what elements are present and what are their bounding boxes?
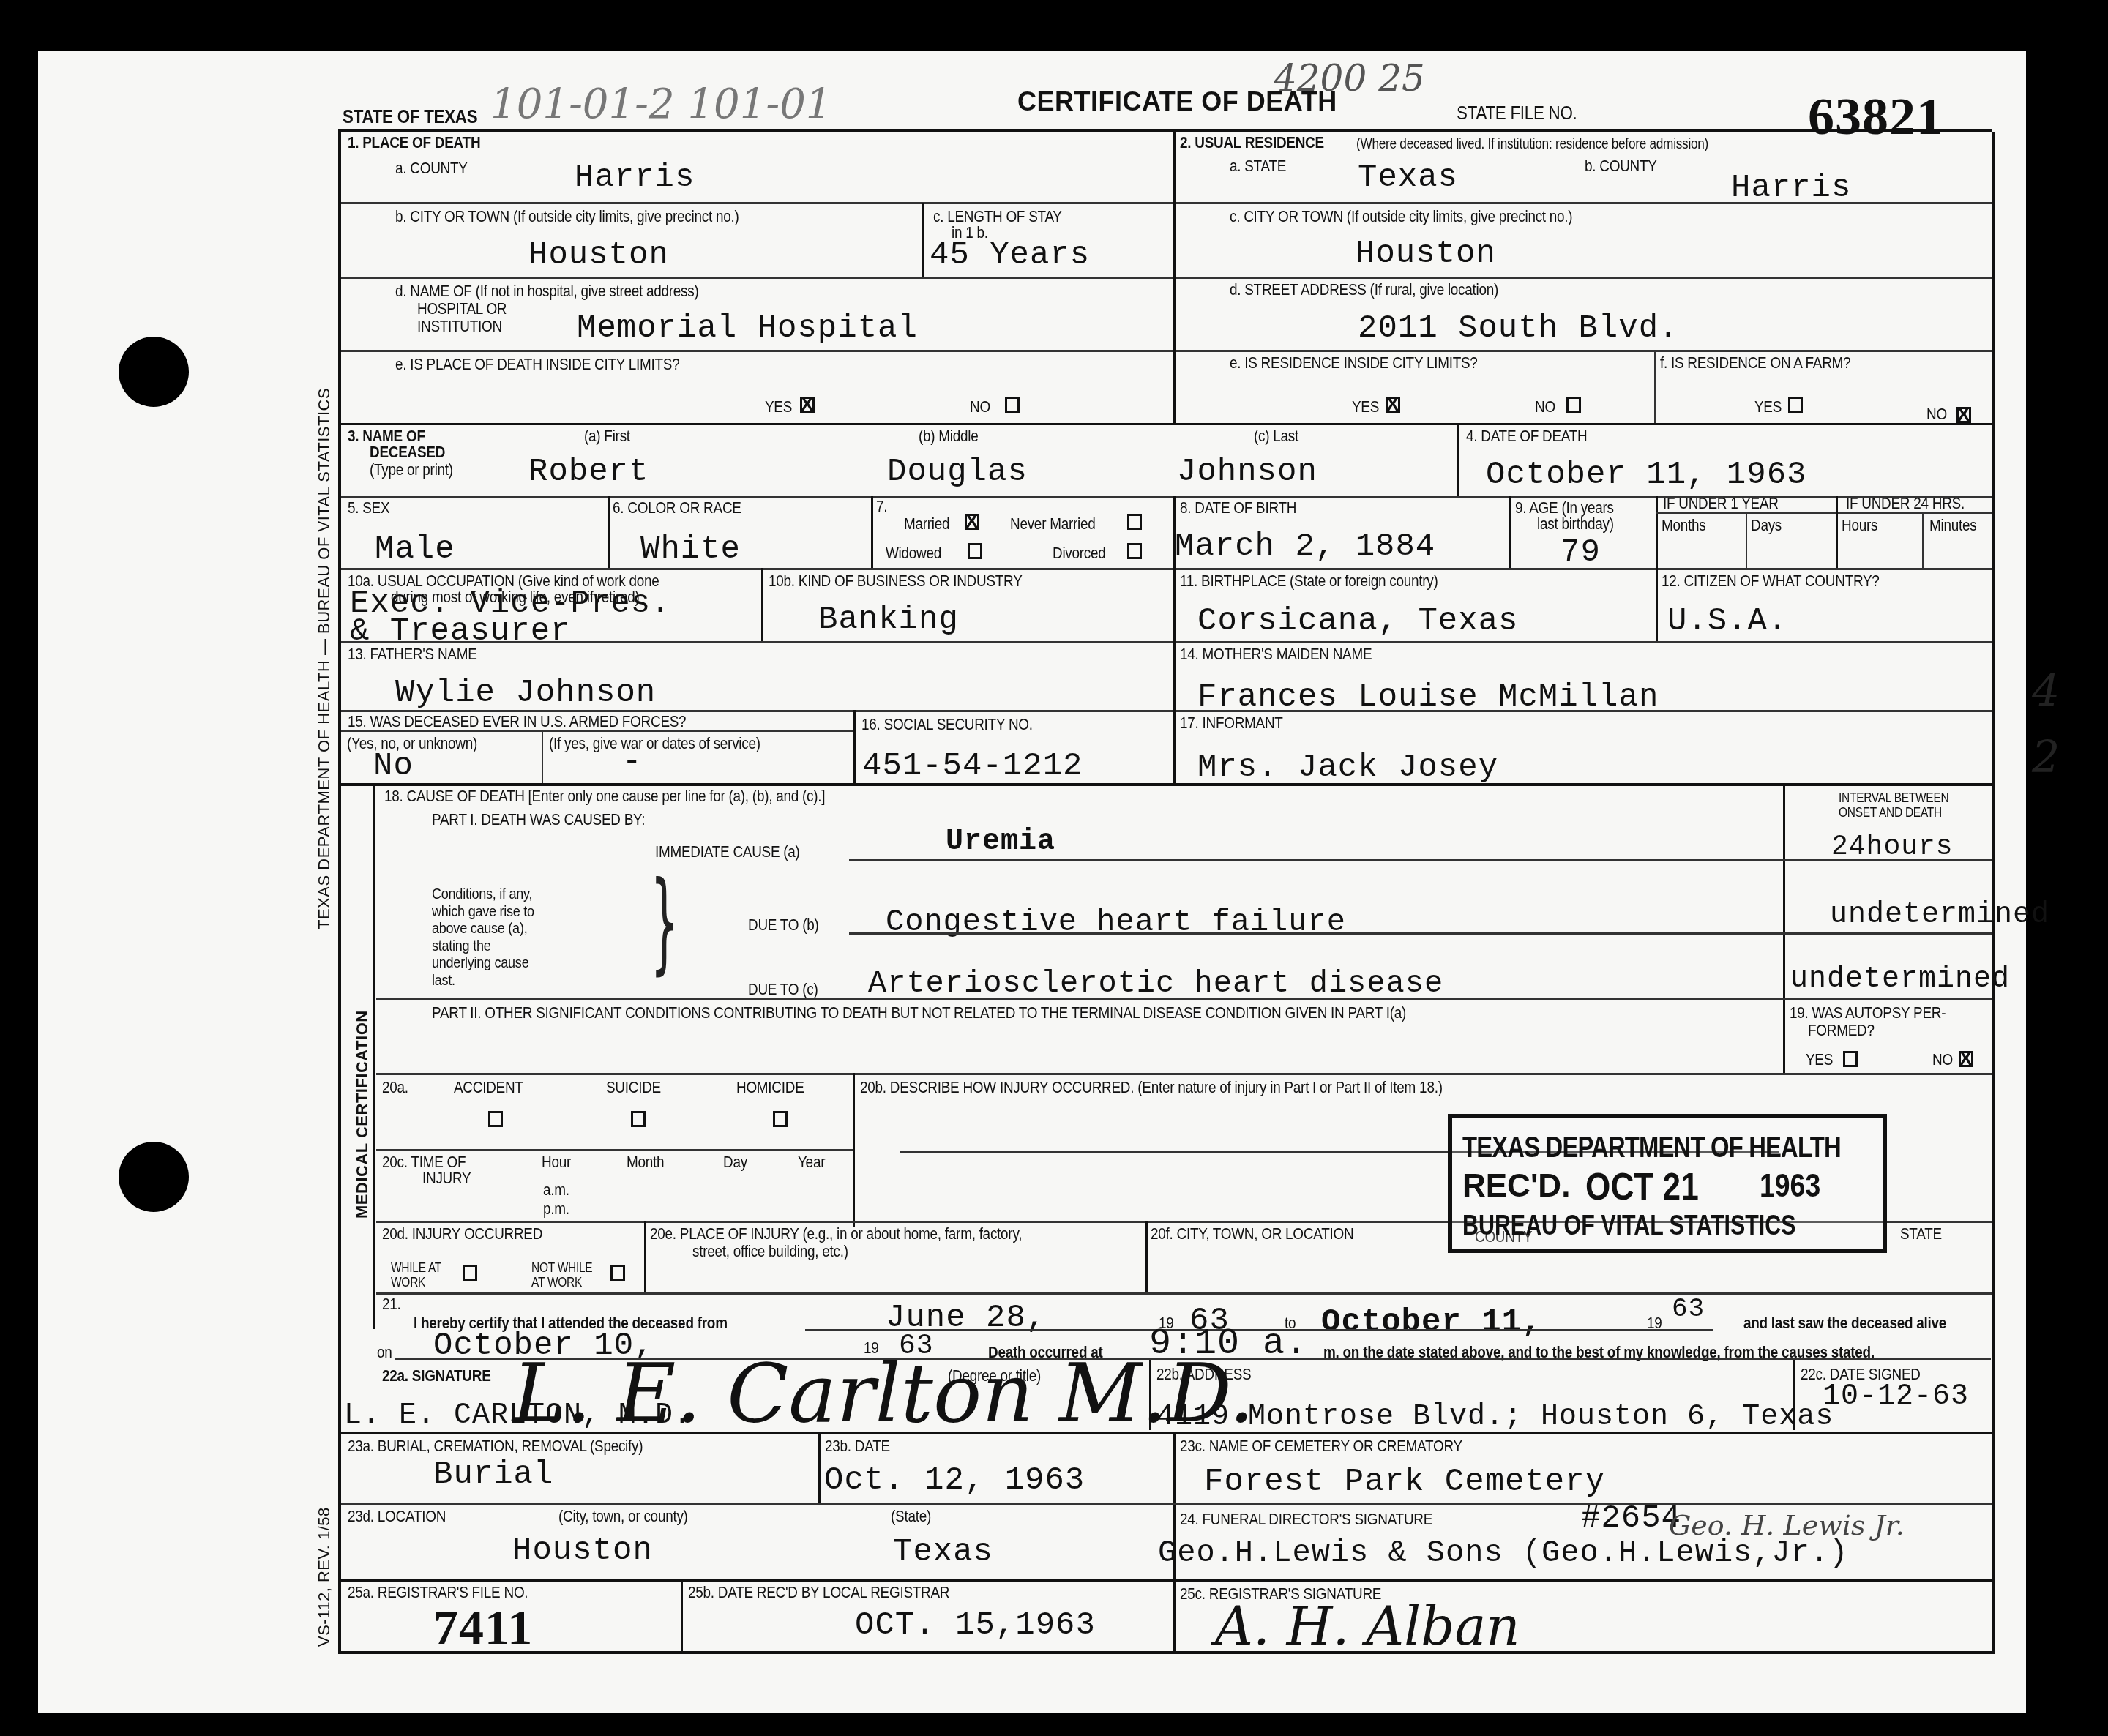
armed-forces-label: 15. WAS DECEASED EVER IN U.S. ARMED FORC…: [348, 713, 686, 731]
funeral-license-number: #2654: [1581, 1500, 1681, 1537]
yes-label: YES: [1754, 398, 1782, 416]
cause-a-line: [849, 859, 1992, 861]
no-label: NO: [970, 398, 990, 416]
row-divider: [341, 350, 1173, 352]
suicide-checkbox[interactable]: [631, 1111, 646, 1127]
date-of-death: October 11, 1963: [1486, 457, 1806, 493]
row-divider: [1176, 277, 1992, 279]
medical-inner-border: [373, 786, 375, 1329]
cause-c-line: [376, 998, 1992, 1000]
hospital-label-2: HOSPITAL OR: [417, 300, 507, 318]
marital-label: 7.: [876, 498, 887, 516]
row-divider: [376, 1292, 1992, 1295]
injury-occurred-label: 20d. INJURY OCCURRED: [382, 1225, 542, 1243]
conditions-note: Conditions, if any, which gave rise to a…: [432, 886, 545, 989]
no-label: NO: [1932, 1051, 1953, 1069]
farm-yes-checkbox[interactable]: [1788, 397, 1803, 413]
state-file-number: 63821: [1808, 86, 1943, 147]
residence-inside-limits-yes-checkbox[interactable]: [1386, 397, 1400, 413]
registrar-file-number: 7411: [433, 1598, 533, 1656]
cause-section-label: 18. CAUSE OF DEATH [Enter only one cause…: [384, 787, 825, 806]
divider: [853, 710, 856, 783]
residence-state-label: a. STATE: [1230, 157, 1286, 176]
minutes-label: Minutes: [1929, 517, 1976, 535]
am-label: a.m.: [543, 1181, 569, 1200]
burial-city: Houston: [512, 1533, 653, 1569]
sex: Male: [375, 531, 455, 568]
date-signed: 10-12-63: [1823, 1380, 1969, 1413]
date-of-death-label: 4. DATE OF DEATH: [1466, 427, 1587, 446]
divider: [818, 1433, 821, 1503]
business-label: 10b. KIND OF BUSINESS OR INDUSTRY: [769, 572, 1022, 591]
row-divider: [376, 1149, 853, 1151]
divider: [542, 730, 543, 783]
due-to-c: Arteriosclerotic heart disease: [868, 966, 1443, 1001]
cemetery-label: 23c. NAME OF CEMETERY OR CREMATORY: [1180, 1437, 1462, 1456]
scan-background: STATE OF TEXAS 101-01-2 101-01 CERTIFICA…: [0, 0, 2108, 1736]
residence-city: Houston: [1356, 236, 1496, 272]
date-received-label: 25b. DATE REC'D BY LOCAL REGISTRAR: [688, 1584, 949, 1602]
middle-name: Douglas: [887, 454, 1028, 490]
usual-residence-label: 2. USUAL RESIDENCE: [1180, 134, 1324, 152]
business: Banking: [818, 602, 959, 638]
while-at-work-label: WHILE AT WORK: [391, 1260, 441, 1290]
row-divider: [341, 202, 1173, 204]
row-divider: [341, 1432, 1992, 1434]
year-label: Year: [798, 1153, 825, 1172]
farm-no-checkbox[interactable]: [1956, 407, 1971, 423]
department-side-label: TEXAS DEPARTMENT OF HEALTH — BUREAU OF V…: [315, 388, 334, 929]
month-label: Month: [627, 1153, 664, 1172]
homicide-label: HOMICIDE: [736, 1079, 804, 1097]
last-name: Johnson: [1177, 454, 1317, 490]
funeral-director-label: 24. FUNERAL DIRECTOR'S SIGNATURE: [1180, 1511, 1432, 1529]
hour-label: Hour: [542, 1153, 571, 1172]
race-label: 6. COLOR OR RACE: [613, 499, 741, 517]
divider: [1145, 1221, 1148, 1294]
residence-city-label: c. CITY OR TOWN (If outside city limits,…: [1230, 208, 1572, 226]
divider: [1746, 512, 1747, 569]
row-divider: [341, 783, 1992, 786]
residence-inside-limits-no-checkbox[interactable]: [1566, 397, 1581, 413]
place-of-injury-label-2: street, office building, etc.): [692, 1243, 848, 1261]
on-label: on: [377, 1344, 392, 1362]
state-sub-label: (State): [891, 1508, 931, 1526]
divorced-checkbox[interactable]: [1127, 543, 1142, 559]
divider: [1922, 512, 1924, 569]
handwritten-top: 4200 25: [1274, 57, 1425, 100]
day-label: Day: [723, 1153, 747, 1172]
ssn-label: 16. SOCIAL SECURITY NO.: [861, 716, 1033, 734]
row-divider: [1656, 512, 1992, 514]
hospital-name: Memorial Hospital: [577, 310, 918, 347]
under-day-label: IF UNDER 24 HRS.: [1846, 495, 1965, 513]
father-name: Wylie Johnson: [395, 675, 656, 711]
farm-label: f. IS RESIDENCE ON A FARM?: [1660, 354, 1850, 373]
due-to-b-label: DUE TO (b): [748, 916, 819, 935]
autopsy-label-2: FORMED?: [1808, 1022, 1875, 1040]
no-label: NO: [1926, 405, 1947, 424]
months-label: Months: [1662, 517, 1706, 535]
punch-hole-bottom: [119, 1142, 189, 1212]
funeral-director: Geo.H.Lewis & Sons (Geo.H.Lewis,Jr.): [1158, 1535, 1848, 1571]
divider: [1509, 496, 1511, 569]
divider: [871, 496, 873, 569]
first-name: Robert: [528, 454, 649, 490]
state-file-label: STATE FILE NO.: [1457, 102, 1577, 124]
row-divider: [341, 1579, 1992, 1582]
death-inside-limits-yes-checkbox[interactable]: [800, 397, 815, 413]
punch-hole-top: [119, 337, 189, 407]
burial-state: Texas: [893, 1534, 993, 1571]
married-checkbox[interactable]: [965, 514, 979, 530]
frame-bottom: [338, 1651, 1995, 1654]
hospital-label-3: INSTITUTION: [417, 318, 502, 336]
pm-label: p.m.: [543, 1200, 569, 1219]
residence-county-label: b. COUNTY: [1585, 157, 1657, 176]
divider: [1656, 496, 1658, 569]
not-while-at-work-label: NOT WHILE AT WORK: [531, 1260, 594, 1290]
homicide-checkbox[interactable]: [773, 1111, 788, 1127]
cemetery-name: Forest Park Cemetery: [1204, 1464, 1605, 1500]
mother-label: 14. MOTHER'S MAIDEN NAME: [1180, 646, 1372, 664]
row-divider: [1176, 202, 1992, 204]
row-divider: [341, 641, 1992, 643]
label-20a: 20a.: [382, 1079, 408, 1097]
frame-left: [338, 129, 341, 1653]
citizen: U.S.A.: [1667, 603, 1787, 640]
widowed-label: Widowed: [886, 545, 941, 563]
accident-checkbox[interactable]: [488, 1111, 503, 1127]
location-sub-label: (City, town, or county): [558, 1508, 688, 1526]
stamp-line-3: BUREAU OF VITAL STATISTICS: [1462, 1211, 1795, 1242]
county-label: a. COUNTY: [395, 160, 468, 178]
physician-typed-name: L. E. CARLTON, M.D.: [344, 1399, 692, 1432]
burial-date: Oct. 12, 1963: [824, 1462, 1085, 1499]
divider: [1149, 1360, 1151, 1430]
divider: [761, 568, 763, 641]
row-divider: [341, 423, 1992, 425]
interval-label: INTERVAL BETWEEN: [1839, 790, 1948, 805]
divider: [922, 203, 924, 277]
attended-to-year: 63: [1672, 1294, 1705, 1324]
yes-label: YES: [1352, 398, 1379, 416]
row-divider: [341, 730, 853, 732]
no-label: NO: [1535, 398, 1555, 416]
under-year-label: IF UNDER 1 YEAR: [1663, 495, 1779, 513]
first-name-label: (a) First: [584, 427, 630, 446]
date-received: OCT. 15,1963: [855, 1607, 1096, 1644]
divider: [608, 496, 610, 569]
divider: [1173, 710, 1176, 783]
certify-text-2: and last saw the deceased alive: [1743, 1314, 1946, 1333]
informant-label: 17. INFORMANT: [1180, 714, 1283, 733]
divider: [1783, 1000, 1785, 1073]
divider: [1173, 641, 1176, 710]
time-of-injury-label-2: INJURY: [422, 1170, 471, 1188]
disposition: Burial: [433, 1456, 553, 1493]
registrar-signature: A. H. Alban: [1215, 1595, 1520, 1657]
divider: [853, 1073, 855, 1227]
divider: [1783, 786, 1785, 998]
armed-service: -: [622, 744, 642, 780]
death-city: Houston: [528, 237, 669, 274]
form-number-label: VS-112, REV. 1/58: [315, 1507, 334, 1647]
divider: [1836, 496, 1838, 569]
address-label: 22b. ADDRESS: [1156, 1366, 1251, 1384]
row-divider: [1176, 350, 1992, 352]
divider: [1457, 423, 1459, 498]
hours-label: Hours: [1842, 517, 1877, 535]
margin-mark-2: 2: [2032, 732, 2060, 783]
death-county: Harris: [575, 160, 695, 196]
row-divider: [341, 568, 1992, 570]
location-label: 23d. LOCATION: [348, 1508, 446, 1526]
due-to-c-label: DUE TO (c): [748, 981, 818, 999]
middle-name-label: (b) Middle: [919, 427, 979, 446]
armed-sub-label-2: (If yes, give war or dates of service): [549, 735, 760, 753]
row-divider: [341, 1503, 1992, 1505]
married-label: Married: [904, 515, 949, 534]
immediate-cause-interval: 24hours: [1831, 831, 1954, 863]
accident-label: ACCIDENT: [454, 1079, 523, 1097]
widowed-checkbox[interactable]: [968, 543, 982, 559]
state-of-texas-label: STATE OF TEXAS: [343, 106, 477, 127]
father-label: 13. FATHER'S NAME: [348, 646, 477, 664]
name-deceased-label-2: DECEASED: [370, 444, 445, 462]
while-at-work-checkbox[interactable]: [463, 1265, 477, 1281]
length-of-stay: 45 Years: [930, 237, 1090, 274]
inside-limits-label: e. IS PLACE OF DEATH INSIDE CITY LIMITS?: [395, 356, 680, 374]
place-of-injury-label: 20e. PLACE OF INJURY (e.g., in or about …: [650, 1225, 1022, 1243]
stamp-line-2-date: OCT 21: [1585, 1165, 1699, 1209]
usual-residence-note: (Where deceased lived. If institution: r…: [1356, 136, 1708, 152]
days-label: Days: [1751, 517, 1782, 535]
row-divider: [341, 277, 1173, 279]
injury-state-label: STATE: [1900, 1225, 1942, 1243]
sex-label: 5. SEX: [348, 499, 389, 517]
divider: [681, 1581, 683, 1653]
due-to-b-interval: undetermined: [1830, 899, 2049, 932]
last-name-label: (c) Last: [1254, 427, 1298, 446]
stamp-line-2-prefix: REC'D.: [1462, 1168, 1570, 1205]
part1-label: PART I. DEATH WAS CAUSED BY:: [432, 811, 645, 829]
race: White: [640, 531, 741, 568]
interval-label-2: ONSET AND DEATH: [1839, 805, 1942, 820]
frame-right: [1992, 132, 1995, 1653]
divider: [644, 1221, 646, 1294]
frame-top: [338, 129, 1992, 132]
never-married-label: Never Married: [1010, 515, 1096, 534]
death-inside-limits-no-checkbox[interactable]: [1005, 397, 1020, 413]
citizen-label: 12. CITIZEN OF WHAT COUNTRY?: [1662, 572, 1880, 591]
hospital-label: d. NAME OF (If not in hospital, give str…: [395, 283, 699, 301]
street-address: 2011 South Blvd.: [1358, 310, 1678, 347]
autopsy-yes-checkbox[interactable]: [1843, 1051, 1858, 1067]
street-address-label: d. STREET ADDRESS (If rural, give locati…: [1230, 281, 1498, 299]
divider: [1173, 568, 1176, 641]
received-stamp: TEXAS DEPARTMENT OF HEALTH REC'D. OCT 21…: [1448, 1114, 1887, 1253]
divider: [1654, 351, 1656, 424]
divorced-label: Divorced: [1053, 545, 1106, 563]
birthplace: Corsicana, Texas: [1197, 603, 1518, 640]
cause-b-line: [849, 932, 1992, 935]
dob-label: 8. DATE OF BIRTH: [1180, 499, 1296, 517]
informant: Mrs. Jack Josey: [1197, 749, 1498, 786]
physician-address: 4119 Montrose Blvd.; Houston 6, Texas: [1156, 1401, 1834, 1434]
residence-county: Harris: [1731, 170, 1851, 206]
autopsy-no-checkbox[interactable]: [1959, 1051, 1973, 1067]
disposition-label: 23a. BURIAL, CREMATION, REMOVAL (Specify…: [348, 1437, 643, 1456]
age: 79: [1561, 534, 1601, 571]
part2-label: PART II. OTHER SIGNIFICANT CONDITIONS CO…: [432, 1004, 1406, 1022]
brace-icon: }: [651, 867, 679, 977]
place-of-death-label: 1. PLACE OF DEATH: [348, 134, 480, 152]
row-divider: [376, 1073, 1992, 1075]
attended-to-date: October 11,: [1321, 1304, 1541, 1341]
residence-inside-limits-label: e. IS RESIDENCE INSIDE CITY LIMITS?: [1230, 354, 1478, 373]
city-label: b. CITY OR TOWN (If outside city limits,…: [395, 208, 739, 226]
residence-state: Texas: [1358, 160, 1458, 196]
handwritten-codes: 101-01-2 101-01: [490, 81, 831, 128]
date-of-birth: March 2, 1884: [1175, 528, 1435, 565]
armed-forces: No: [373, 748, 414, 785]
stamp-line-1: TEXAS DEPARTMENT OF HEALTH: [1462, 1131, 1841, 1164]
margin-mark-4: 4: [2032, 666, 2060, 717]
label-21: 21.: [382, 1295, 401, 1314]
not-while-at-work-checkbox[interactable]: [610, 1265, 625, 1281]
divider: [1656, 568, 1658, 641]
social-security-number: 451-54-1212: [862, 748, 1083, 785]
due-to-c-interval: undetermined: [1790, 963, 2010, 996]
divider: [1793, 1360, 1795, 1430]
autopsy-label: 19. WAS AUTOPSY PER-: [1790, 1004, 1946, 1022]
birthplace-label: 11. BIRTHPLACE (State or foreign country…: [1180, 572, 1438, 591]
suicide-label: SUICIDE: [606, 1079, 661, 1097]
stamp-line-2-year: 1963: [1760, 1168, 1820, 1205]
yes-label: YES: [765, 398, 792, 416]
never-married-checkbox[interactable]: [1127, 514, 1142, 530]
name-deceased-label-3: (Type or print): [370, 461, 453, 479]
burial-date-label: 23b. DATE: [825, 1437, 890, 1456]
signature-label: 22a. SIGNATURE: [382, 1367, 490, 1385]
yes-label: YES: [1806, 1051, 1833, 1069]
injury-city-label: 20f. CITY, TOWN, OR LOCATION: [1151, 1225, 1353, 1243]
medical-certification-label: MEDICAL CERTIFICATION: [353, 1010, 372, 1219]
immediate-cause: Uremia: [946, 826, 1055, 858]
describe-injury-label: 20b. DESCRIBE HOW INJURY OCCURRED. (Ente…: [860, 1079, 1443, 1097]
age-label-2: last birthday): [1537, 515, 1614, 534]
